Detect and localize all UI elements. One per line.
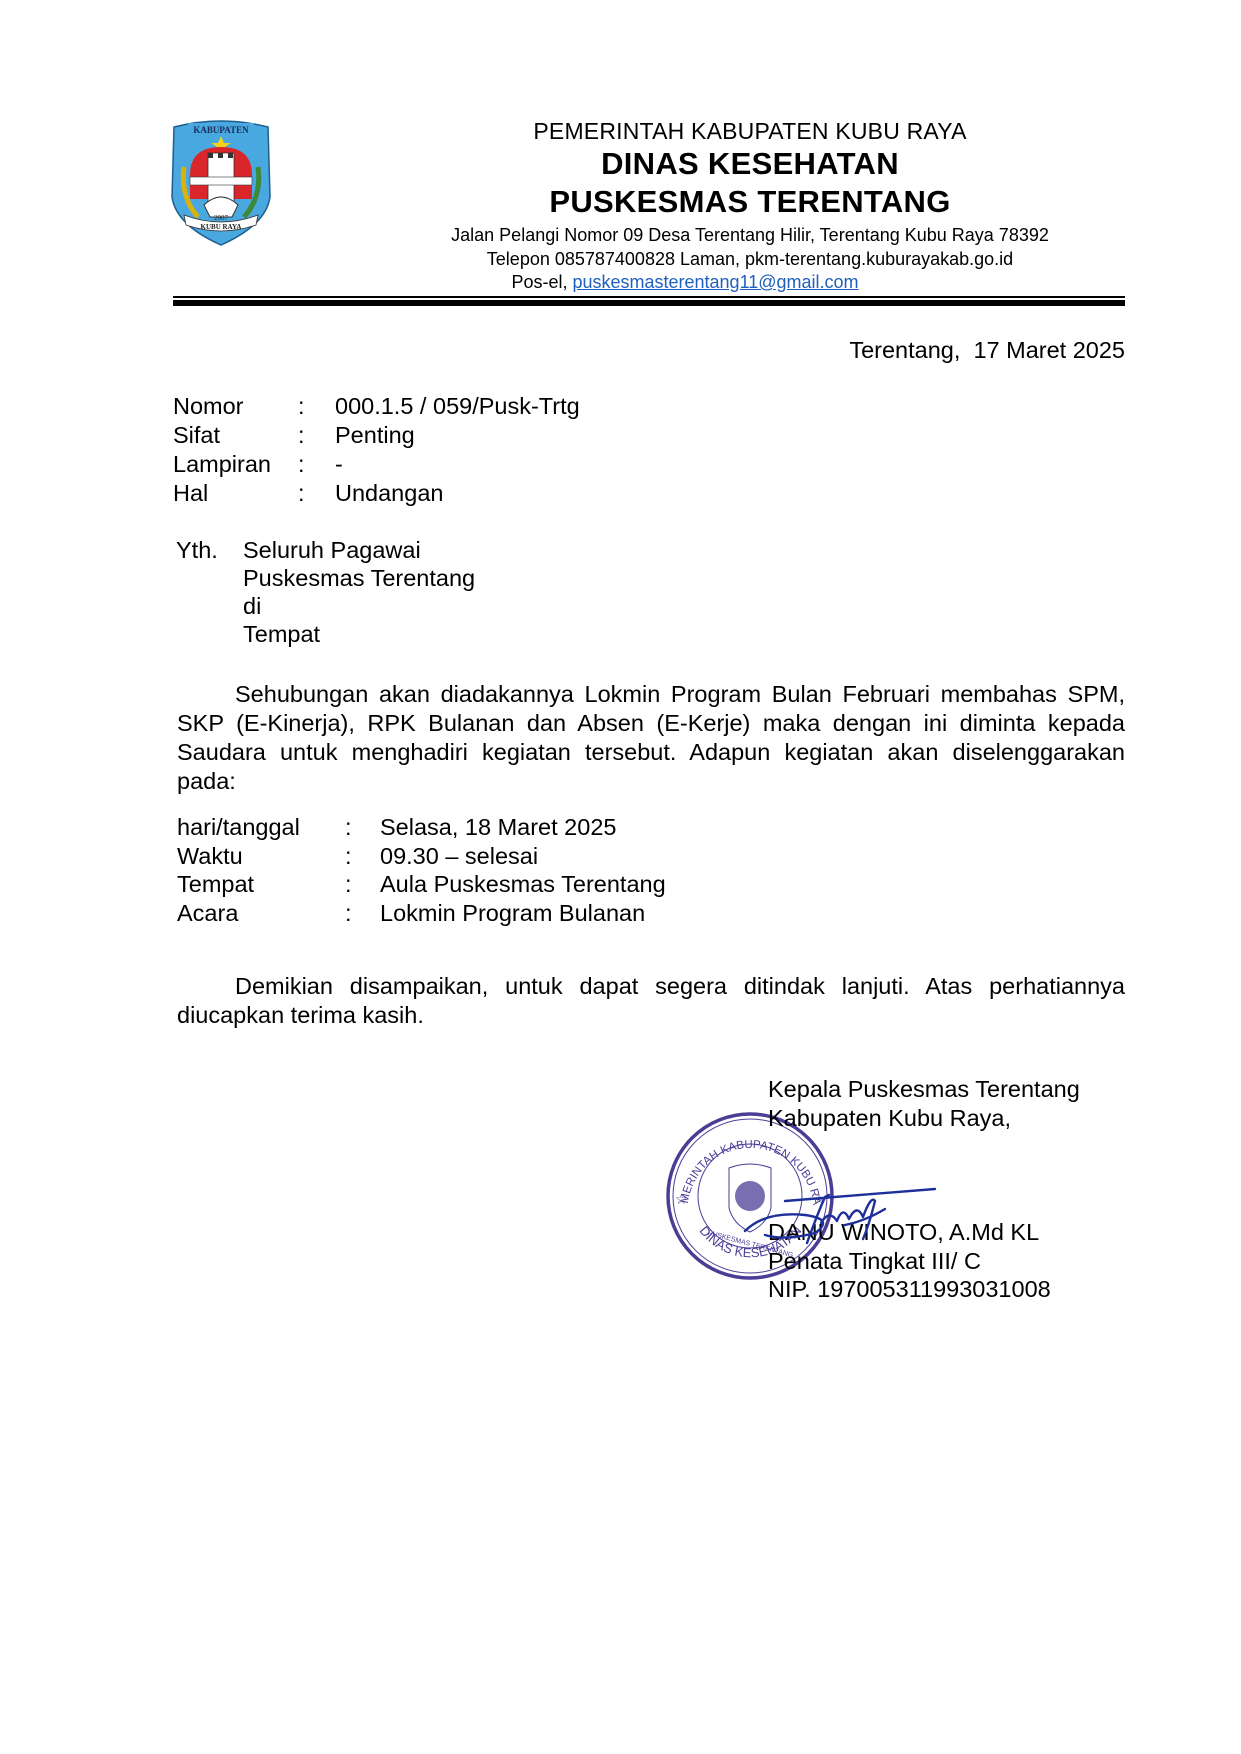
- meta-value: -: [335, 450, 343, 479]
- event-label: Acara: [177, 899, 345, 928]
- event-row-time: Waktu : 09.30 – selesai: [177, 842, 666, 871]
- svg-text:KUBU RAYA: KUBU RAYA: [201, 223, 242, 231]
- svg-text:KABUPATEN: KABUPATEN: [193, 125, 249, 135]
- signer-nip: NIP. 197005311993031008: [768, 1275, 1080, 1304]
- recipient-line: Puskesmas Terentang: [243, 564, 475, 592]
- event-value: 09.30 – selesai: [380, 842, 538, 871]
- handwritten-signature-icon: [725, 1175, 955, 1255]
- paragraph-text: Demikian disampaikan, untuk dapat segera…: [177, 972, 1125, 1030]
- meta-value: Penting: [335, 421, 415, 450]
- event-label: Tempat: [177, 870, 345, 899]
- letter-date: Terentang, 17 Maret 2025: [849, 336, 1125, 365]
- event-label: hari/tanggal: [177, 813, 345, 842]
- body-paragraph-invitation: Sehubungan akan diadakannya Lokmin Progr…: [177, 680, 1125, 796]
- svg-text:2007: 2007: [214, 214, 229, 222]
- event-colon: :: [345, 842, 380, 871]
- letterhead-email-line: Pos-el, puskesmasterentang11@gmail.com: [280, 272, 1090, 293]
- event-row-date: hari/tanggal : Selasa, 18 Maret 2025: [177, 813, 666, 842]
- email-label: Pos-el,: [511, 272, 572, 292]
- event-value: Aula Puskesmas Terentang: [380, 870, 666, 899]
- meta-value: 000.1.5 / 059/Pusk-Trtg: [335, 392, 580, 421]
- event-colon: :: [345, 813, 380, 842]
- event-colon: :: [345, 870, 380, 899]
- meta-colon: :: [298, 392, 335, 421]
- letterhead-address: Jalan Pelangi Nomor 09 Desa Terentang Hi…: [280, 225, 1220, 246]
- recipient-block: Yth.Seluruh Pagawai Puskesmas Terentang …: [176, 536, 475, 648]
- meta-label: Sifat: [173, 421, 298, 450]
- signer-region: Kabupaten Kubu Raya,: [768, 1104, 1080, 1133]
- recipient-line: di: [243, 592, 261, 620]
- meta-row-lampiran: Lampiran : -: [173, 450, 580, 479]
- recipient-line: Tempat: [243, 620, 320, 648]
- letterhead-agency: DINAS KESEHATAN: [280, 146, 1220, 182]
- svg-text:☆: ☆: [675, 1191, 688, 1207]
- body-paragraph-closing: Demikian disampaikan, untuk dapat segera…: [177, 972, 1125, 1030]
- meta-colon: :: [298, 479, 335, 508]
- email-link[interactable]: puskesmasterentang11@gmail.com: [572, 272, 858, 292]
- letterhead-divider-thin: [173, 296, 1125, 298]
- letterhead-contact: Telepon 085787400828 Laman, pkm-terentan…: [280, 249, 1220, 270]
- event-row-agenda: Acara : Lokmin Program Bulanan: [177, 899, 666, 928]
- event-details: hari/tanggal : Selasa, 18 Maret 2025 Wak…: [177, 813, 666, 927]
- meta-colon: :: [298, 450, 335, 479]
- meta-label: Hal: [173, 479, 298, 508]
- letterhead-government: PEMERINTAH KABUPATEN KUBU RAYA: [280, 118, 1220, 145]
- event-colon: :: [345, 899, 380, 928]
- meta-row-sifat: Sifat : Penting: [173, 421, 580, 450]
- recipient-line: Seluruh Pagawai: [243, 536, 421, 564]
- recipient-prefix: Yth.: [176, 536, 243, 564]
- kabupaten-logo-icon: KABUPATEN 2007 KUBU RAYA: [166, 117, 276, 249]
- event-value: Lokmin Program Bulanan: [380, 899, 645, 928]
- meta-value: Undangan: [335, 479, 443, 508]
- paragraph-text: Sehubungan akan diadakannya Lokmin Progr…: [177, 680, 1125, 796]
- meta-label: Nomor: [173, 392, 298, 421]
- meta-row-hal: Hal : Undangan: [173, 479, 580, 508]
- signer-position: Kepala Puskesmas Terentang: [768, 1075, 1080, 1104]
- meta-row-nomor: Nomor : 000.1.5 / 059/Pusk-Trtg: [173, 392, 580, 421]
- event-label: Waktu: [177, 842, 345, 871]
- event-value: Selasa, 18 Maret 2025: [380, 813, 616, 842]
- meta-label: Lampiran: [173, 450, 298, 479]
- event-row-place: Tempat : Aula Puskesmas Terentang: [177, 870, 666, 899]
- letterhead-divider-thick: [173, 300, 1125, 306]
- letter-meta: Nomor : 000.1.5 / 059/Pusk-Trtg Sifat : …: [173, 392, 580, 508]
- letterhead-office: PUSKESMAS TERENTANG: [280, 184, 1220, 220]
- meta-colon: :: [298, 421, 335, 450]
